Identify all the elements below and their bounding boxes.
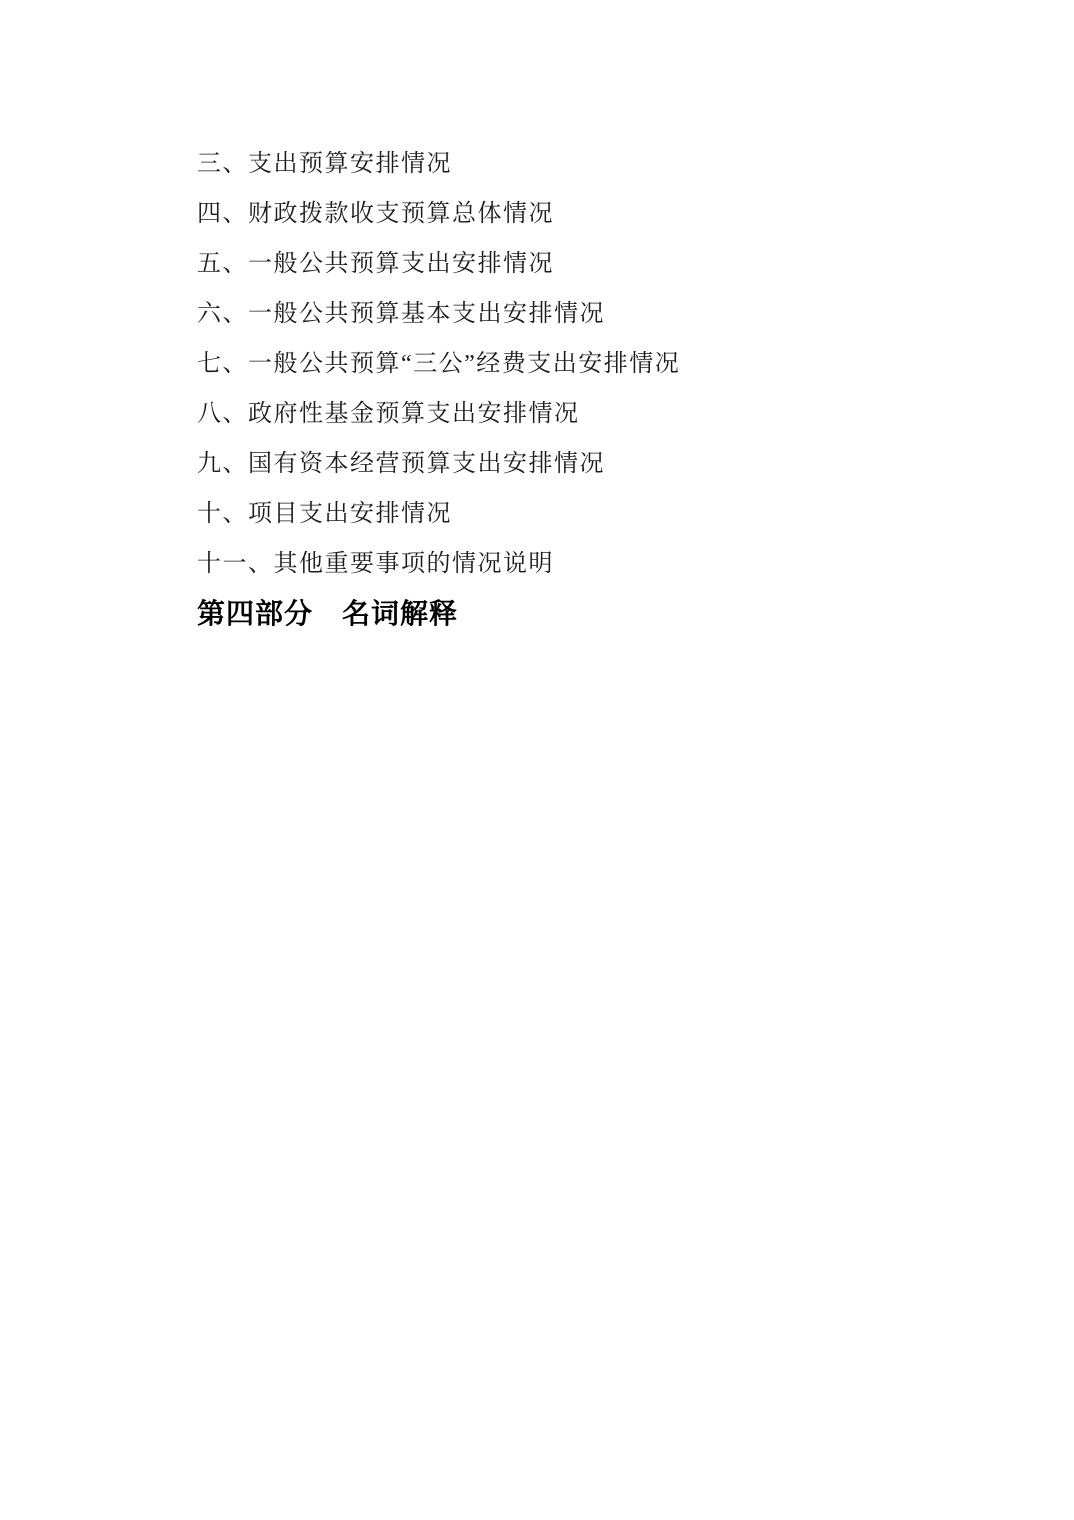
toc-item: 六、一般公共预算基本支出安排情况 bbox=[197, 289, 680, 339]
toc-item: 七、一般公共预算“三公”经费支出安排情况 bbox=[197, 339, 680, 389]
toc-item: 八、政府性基金预算支出安排情况 bbox=[197, 389, 680, 439]
table-of-contents: 三、支出预算安排情况 四、财政拨款收支预算总体情况 五、一般公共预算支出安排情况… bbox=[197, 139, 680, 639]
toc-item: 十一、其他重要事项的情况说明 bbox=[197, 539, 680, 589]
toc-item: 九、国有资本经营预算支出安排情况 bbox=[197, 439, 680, 489]
toc-item: 三、支出预算安排情况 bbox=[197, 139, 680, 189]
toc-item: 四、财政拨款收支预算总体情况 bbox=[197, 189, 680, 239]
document-page: 三、支出预算安排情况 四、财政拨款收支预算总体情况 五、一般公共预算支出安排情况… bbox=[0, 0, 1074, 1520]
toc-item: 十、项目支出安排情况 bbox=[197, 489, 680, 539]
section-heading: 第四部分 名词解释 bbox=[197, 589, 680, 639]
toc-item: 五、一般公共预算支出安排情况 bbox=[197, 239, 680, 289]
